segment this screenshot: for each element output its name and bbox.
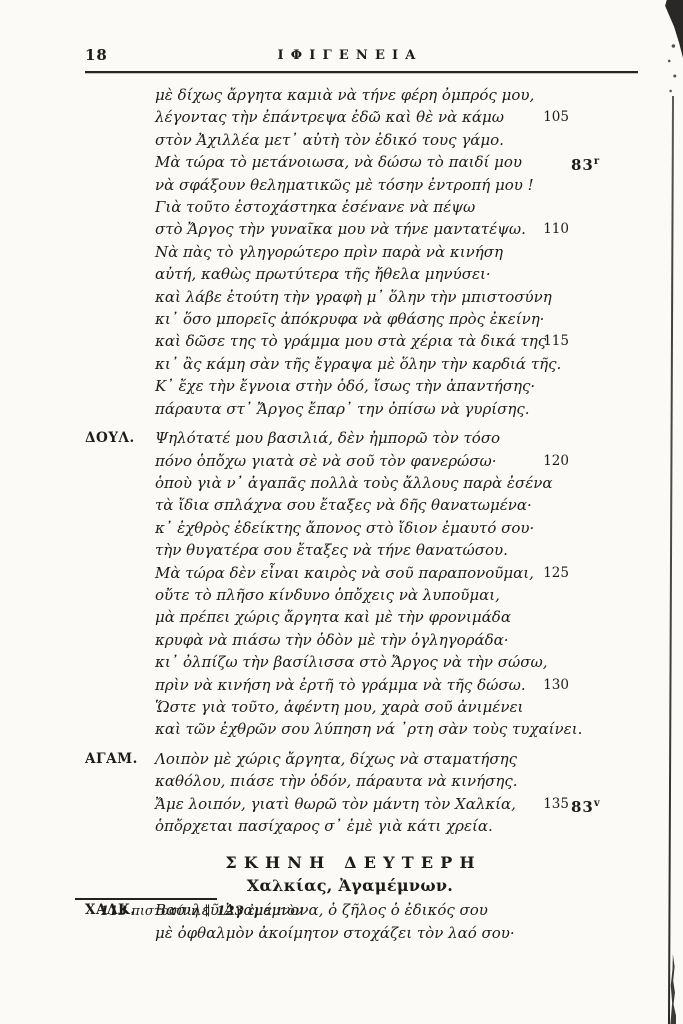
verse-line: μὰ πρέπει χώρις ἄργητα καὶ μὲ τὴν φρονιμ…: [85, 606, 615, 628]
verse-line-text: μὲ ὀφθαλμὸν ἀκοίμητον στοχάζει τὸν λαό σ…: [155, 924, 515, 942]
verse-line-text: Κ᾽ ἔχε τὴν ἔγνοια στὴν ὁδό, ἴσως τὴν ἀπα…: [155, 377, 535, 395]
footnote-line-ref: 123: [217, 904, 244, 919]
verse-line-text: Μὰ τώρα δὲν εἶναι καιρὸς νὰ σοῦ παραπονο…: [155, 564, 534, 582]
verse-line-text: οὔτε τὸ πλῆσο κίνδυνο ὁπὄχεις νὰ λυποῦμα…: [155, 586, 500, 604]
verse-line: τὴν θυγατέρα σου ἔταξες νὰ τήνε θανατώσο…: [85, 539, 615, 561]
verse-line-text: κι᾽ ὅσο μπορεῖς ἀπόκρυφα νὰ φθάσης πρὸς …: [155, 310, 544, 328]
verse-line: Ἄμε λοιπόν, γιατὶ θωρῶ τὸν μάντη τὸν Χαλ…: [85, 793, 615, 815]
verse-line-number: 105: [525, 106, 569, 128]
scene-characters: Χαλκίας, Ἀγαμέμνων.: [85, 876, 615, 895]
verse-line: πόνο ὁπὄχω γιατὰ σὲ νὰ σοῦ τὸν φανερώσω·…: [85, 450, 615, 472]
verse-line: νὰ σφάξουν θεληματικῶς μὲ τόσην ἐντροπή …: [85, 174, 615, 196]
verse-line: Μὰ τώρα τὸ μετάνοιωσα, νὰ δώσω τὸ παιδί …: [85, 151, 615, 173]
verse-line-number: 130: [525, 674, 569, 696]
footnote-separator: ∥: [198, 904, 216, 919]
verse-line-text: καὶ τῶν ἐχθρῶν σου λύπηση νά ᾽ρτη σὰν το…: [155, 720, 582, 738]
verse-line: κρυφὰ νὰ πιάσω τὴν ὁδὸν μὲ τὴν ὀγληγοράδ…: [85, 629, 615, 651]
verse-line: Νὰ πὰς τὸ γληγορώτερο πρὶν παρὰ νὰ κινήσ…: [85, 241, 615, 263]
verse-line-text: μὲ δίχως ἄργητα καμιὰ νὰ τήνε φέρη ὀμπρό…: [155, 86, 534, 104]
verse-line-text: τὰ ἴδια σπλάχνα σου ἔταξες νὰ δῆς θανατω…: [155, 496, 532, 514]
scan-artifact-page-edge-line: [668, 96, 674, 1024]
verse-line-text: πόνο ὁπὄχω γιατὰ σὲ νὰ σοῦ τὸν φανερώσω·: [155, 452, 497, 470]
verse-line-number: 115: [525, 330, 569, 352]
folio-recto-verso: r: [594, 156, 600, 167]
verse-line: οὔτε τὸ πλῆσο κίνδυνο ὁπὄχεις νὰ λυποῦμα…: [85, 584, 615, 606]
header-rule: [85, 71, 638, 73]
verse-line-text: κι᾽ ἂς κάμη σὰν τῆς ἔγραψα μὲ ὅλην τὴν κ…: [155, 355, 561, 373]
verse-line: ὁπὄρχεται πασίχαρος σ᾽ ἐμὲ γιὰ κάτι χρεί…: [85, 815, 615, 837]
verse-line-text: μὰ πρέπει χώρις ἄργητα καὶ μὲ τὴν φρονιμ…: [155, 608, 511, 626]
speech-block: ΑΓΑΜ.Λοιπὸν μὲ χώρις ἄργητα, δίχως νὰ στ…: [85, 748, 615, 838]
verse-line: Ὥστε γιὰ τοῦτο, ἀφέντη μου, χαρὰ σοῦ ἀνι…: [85, 696, 615, 718]
scene-title: ΣΚΗΝΗ ΔΕΥΤΕΡΗ: [92, 853, 615, 872]
scan-artifact-speckle: [665, 40, 679, 100]
folio-number: 83: [571, 156, 594, 174]
verse-line-number: 125: [525, 562, 569, 584]
verse-line: κ᾽ ἐχθρὸς ἐδείκτης ἄπονος στὸ ἴδιον ἐμαυ…: [85, 517, 615, 539]
footnote-rule: [75, 898, 217, 900]
verse-line: μὲ δίχως ἄργητα καμιὰ νὰ τήνε φέρη ὀμπρό…: [85, 84, 615, 106]
verse-line: καθόλου, πιάσε τὴν ὁδόν, πάραυτα νὰ κινή…: [85, 770, 615, 792]
verse-line-text: στὸ Ἄργος τὴν γυναῖκα μου νὰ τήνε μαντατ…: [155, 220, 526, 238]
verse-line-text: Ὥστε γιὰ τοῦτο, ἀφέντη μου, χαρὰ σοῦ ἀνι…: [155, 698, 523, 716]
verse-line-text: στὸν Ἀχιλλέα μετ᾽ αὐτὴ τὸν ἐδικό τους γά…: [155, 131, 504, 149]
verse-line-text: πάραυτα στ᾽ Ἄργος ἔπαρ᾽ την ὀπίσω νὰ γυρ…: [155, 400, 530, 418]
scene-heading: ΣΚΗΝΗ ΔΕΥΤΕΡΗΧαλκίας, Ἀγαμέμνων.: [85, 853, 615, 895]
verse-line: Μὰ τώρα δὲν εἶναι καιρὸς νὰ σοῦ παραπονο…: [85, 562, 615, 584]
verse-line-text: Μὰ τώρα τὸ μετάνοιωσα, νὰ δώσω τὸ παιδί …: [155, 153, 522, 171]
verse-line-text: Γιὰ τοῦτο ἐστοχάστηκα ἐσένανε νὰ πέψω: [155, 198, 475, 216]
verse-line-text: πρὶν νὰ κινήση νὰ ἐρτῆ τὸ γράμμα νὰ τῆς …: [155, 676, 526, 694]
verse-line: καὶ τῶν ἐχθρῶν σου λύπηση νά ᾽ρτη σὰν το…: [85, 718, 615, 740]
folio-number: 83: [571, 798, 594, 816]
verse-line-text: κρυφὰ νὰ πιάσω τὴν ὁδὸν μὲ τὴν ὀγληγοράδ…: [155, 631, 509, 649]
speaker-label: ΑΓΑΜ.: [85, 748, 138, 770]
verse-line: Γιὰ τοῦτο ἐστοχάστηκα ἐσένανε νὰ πέψω: [85, 196, 615, 218]
verse-line: λέγοντας τὴν ἐπάντρεψα ἐδῶ καὶ θὲ νὰ κάμ…: [85, 106, 615, 128]
verse-line-text: ὁποὺ γιὰ ν᾽ ἀγαπᾶς πολλὰ τοὺς ἄλλους παρ…: [155, 474, 553, 492]
verse-line: στὸ Ἄργος τὴν γυναῖκα μου νὰ τήνε μαντατ…: [85, 218, 615, 240]
verse-line: κι᾽ ὀλπίζω τὴν βασίλισσα στὸ Ἄργος νὰ τὴ…: [85, 651, 615, 673]
verse-line: Κ᾽ ἔχε τὴν ἔγνοια στὴν ὁδό, ἴσως τὴν ἀπα…: [85, 375, 615, 397]
verse-line: πρὶν νὰ κινήση νὰ ἐρτῆ τὸ γράμμα νὰ τῆς …: [85, 674, 615, 696]
verse-line-text: λέγοντας τὴν ἐπάντρεψα ἐδῶ καὶ θὲ νὰ κάμ…: [155, 108, 504, 126]
footnote-line: 113 πιστοσίνη∥123 ἐμαυτὸν: [100, 904, 495, 919]
verse-line: μὲ ὀφθαλμὸν ἀκοίμητον στοχάζει τὸν λαό σ…: [85, 922, 615, 944]
verse-line: στὸν Ἀχιλλέα μετ᾽ αὐτὴ τὸν ἐδικό τους γά…: [85, 129, 615, 151]
verse-line: ΑΓΑΜ.Λοιπὸν μὲ χώρις ἄργητα, δίχως νὰ στ…: [85, 748, 615, 770]
speech-block: μὲ δίχως ἄργητα καμιὰ νὰ τήνε φέρη ὀμπρό…: [85, 84, 615, 420]
footnote-line-ref: 113: [100, 904, 127, 919]
verse-line: πάραυτα στ᾽ Ἄργος ἔπαρ᾽ την ὀπίσω νὰ γυρ…: [85, 398, 615, 420]
verse-line-number: 110: [525, 218, 569, 240]
verse-line: κι᾽ ὅσο μπορεῖς ἀπόκρυφα νὰ φθάσης πρὸς …: [85, 308, 615, 330]
footnote-reading: ἐμαυτὸν: [248, 904, 303, 919]
verse-line-text: κ᾽ ἐχθρὸς ἐδείκτης ἄπονος στὸ ἴδιον ἐμαυ…: [155, 519, 534, 537]
footnote-reading: πιστοσίνη: [131, 904, 198, 919]
speech-block: ΔΟΥΛ.Ψηλότατέ μου βασιλιά, δὲν ἠμπορῶ τὸ…: [85, 427, 615, 741]
running-header: 18 ΙΦΙΓΕΝΕΙΑ: [85, 46, 615, 66]
verse-line-text: ὁπὄρχεται πασίχαρος σ᾽ ἐμὲ γιὰ κάτι χρεί…: [155, 817, 493, 835]
verse-line-number: 135: [525, 793, 569, 815]
verse-line-text: Ἄμε λοιπόν, γιατὶ θωρῶ τὸν μάντη τὸν Χαλ…: [155, 795, 516, 813]
verse-line-text: καθόλου, πιάσε τὴν ὁδόν, πάραυτα νὰ κινή…: [155, 772, 518, 790]
footnote-block: 113 πιστοσίνη∥123 ἐμαυτὸν: [75, 898, 495, 919]
verse-line-text: Ψηλότατέ μου βασιλιά, δὲν ἠμπορῶ τὸν τόσ…: [155, 429, 500, 447]
verse-line-text: νὰ σφάξουν θεληματικῶς μὲ τόσην ἐντροπή …: [155, 176, 534, 194]
verse-line-text: καὶ δῶσε της τὸ γράμμα μου στὰ χέρια τὰ …: [155, 332, 546, 350]
folio-recto-verso: v: [594, 798, 601, 809]
verse-line: κι᾽ ἂς κάμη σὰν τῆς ἔγραψα μὲ ὅλην τὴν κ…: [85, 353, 615, 375]
verse-area: μὲ δίχως ἄργητα καμιὰ νὰ τήνε φέρη ὀμπρό…: [85, 84, 615, 944]
book-page: 18 ΙΦΙΓΕΝΕΙΑ μὲ δίχως ἄργητα καμιὰ νὰ τή…: [0, 0, 683, 1024]
verse-line-text: καὶ λάβε ἐτούτη τὴν γραφὴ μ᾽ ὅλην τὴν μπ…: [155, 288, 552, 306]
verse-line: τὰ ἴδια σπλάχνα σου ἔταξες νὰ δῆς θανατω…: [85, 494, 615, 516]
verse-line-text: τὴν θυγατέρα σου ἔταξες νὰ τήνε θανατώσο…: [155, 541, 508, 559]
verse-line: καὶ δῶσε της τὸ γράμμα μου στὰ χέρια τὰ …: [85, 330, 615, 352]
verse-line: ὁποὺ γιὰ ν᾽ ἀγαπᾶς πολλὰ τοὺς ἄλλους παρ…: [85, 472, 615, 494]
verse-line-text: Νὰ πὰς τὸ γληγορώτερο πρὶν παρὰ νὰ κινήσ…: [155, 243, 503, 261]
verse-line-text: κι᾽ ὀλπίζω τὴν βασίλισσα στὸ Ἄργος νὰ τὴ…: [155, 653, 547, 671]
running-title: ΙΦΙΓΕΝΕΙΑ: [85, 48, 615, 63]
verse-line: καὶ λάβε ἐτούτη τὴν γραφὴ μ᾽ ὅλην τὴν μπ…: [85, 286, 615, 308]
verse-line-number: 120: [525, 450, 569, 472]
verse-line-text: αὐτή, καθὼς πρωτύτερα τῆς ἤθελα μηνύσει·: [155, 265, 491, 283]
speaker-label: ΔΟΥΛ.: [85, 427, 135, 449]
verse-line: αὐτή, καθὼς πρωτύτερα τῆς ἤθελα μηνύσει·: [85, 263, 615, 285]
verse-line-text: Λοιπὸν μὲ χώρις ἄργητα, δίχως νὰ σταματή…: [155, 750, 517, 768]
verse-line: ΔΟΥΛ.Ψηλότατέ μου βασιλιά, δὲν ἠμπορῶ τὸ…: [85, 427, 615, 449]
